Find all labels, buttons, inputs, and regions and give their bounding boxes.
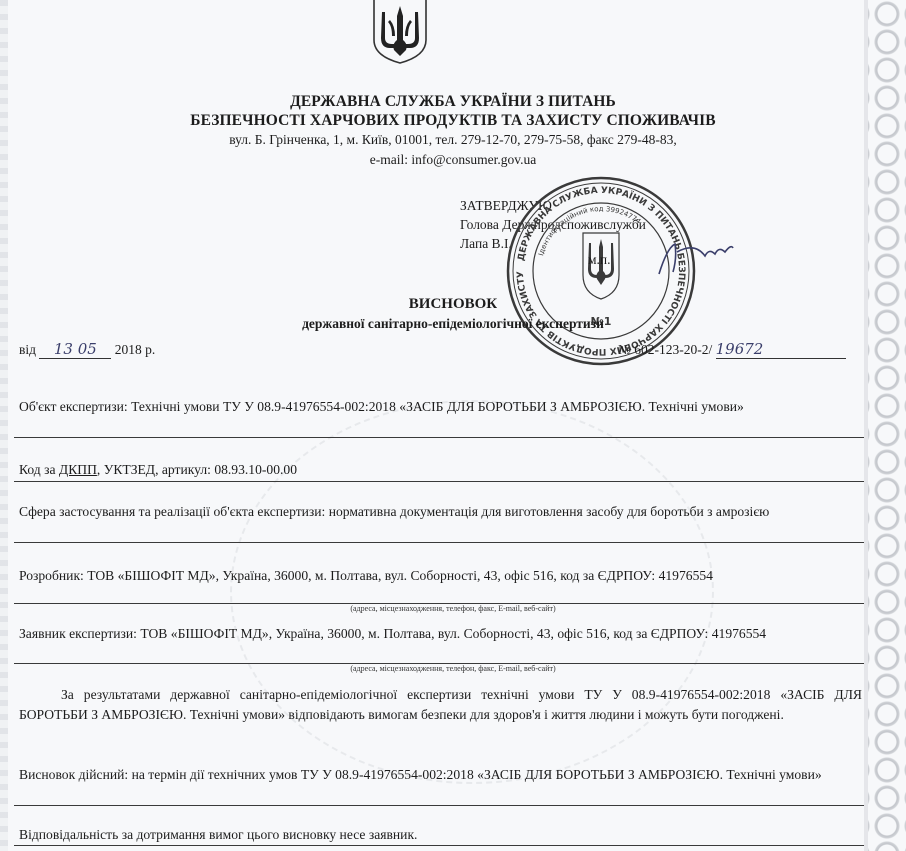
number-prefix: № 602-123-20-2/ — [618, 342, 712, 357]
date-handwritten: 13 05 — [54, 340, 97, 358]
field-applicant: Заявник експертизи: ТОВ «БІШОФІТ МД», Ук… — [19, 624, 862, 644]
field-code: Код за ДКПП, УКТЗЕД, артикул: 08.93.10-0… — [19, 460, 862, 480]
org-name-line1: ДЕРЖАВНА СЛУЖБА УКРАЇНИ З ПИТАНЬ — [0, 93, 906, 111]
field-result: За результатами державної санітарно-епід… — [19, 685, 862, 724]
org-name-line2: БЕЗПЕЧНОСТІ ХАРЧОВИХ ПРОДУКТІВ ТА ЗАХИСТ… — [0, 112, 906, 130]
divider — [14, 845, 864, 846]
org-email: e-mail: info@consumer.gov.ua — [0, 152, 906, 168]
developer-caption: (адреса, місцезнаходження, телефон, факс… — [0, 604, 906, 613]
divider — [14, 542, 864, 543]
number-handwritten: 19672 — [716, 340, 764, 358]
field-validity: Висновок дійсний: на термін дії технічни… — [19, 765, 862, 785]
watermark — [230, 400, 714, 784]
signature — [655, 238, 735, 278]
code-rest: , УКТЗЕД, артикул: 08.93.10-00.00 — [97, 462, 297, 477]
divider — [14, 805, 864, 806]
field-object: Об'єкт експертизи: Технічні умови ТУ У 0… — [19, 397, 862, 417]
number-row: № 602-123-20-2/ 19672 — [618, 340, 846, 359]
conclusion-title: ВИСНОВОК — [0, 296, 906, 313]
field-developer: Розробник: ТОВ «БІШОФІТ МД», Україна, 36… — [19, 566, 862, 586]
divider — [14, 481, 864, 482]
code-dkpp-link: ДКПП — [59, 462, 97, 477]
divider — [14, 437, 864, 438]
field-scope: Сфера застосування та реалізації об'єкта… — [19, 502, 862, 522]
date-row: від 13 05 2018 р. — [19, 340, 155, 359]
date-suffix: 2018 р. — [115, 342, 156, 357]
org-address: вул. Б. Грінченка, 1, м. Київ, 01001, те… — [0, 132, 906, 148]
code-prefix: Код за — [19, 462, 59, 477]
conclusion-subtitle: державної санітарно-епідеміологічної екс… — [0, 316, 906, 332]
document-page: ДЕРЖАВНА СЛУЖБА УКРАЇНИ З ПИТАНЬ БЕЗПЕЧН… — [0, 0, 906, 851]
trident-coat-of-arms-icon — [370, 0, 430, 64]
seal-mark: м.п. — [588, 252, 611, 268]
field-responsibility: Відповідальність за дотримання вимог цьо… — [19, 825, 862, 845]
date-prefix: від — [19, 342, 36, 357]
applicant-caption: (адреса, місцезнаходження, телефон, факс… — [0, 664, 906, 673]
